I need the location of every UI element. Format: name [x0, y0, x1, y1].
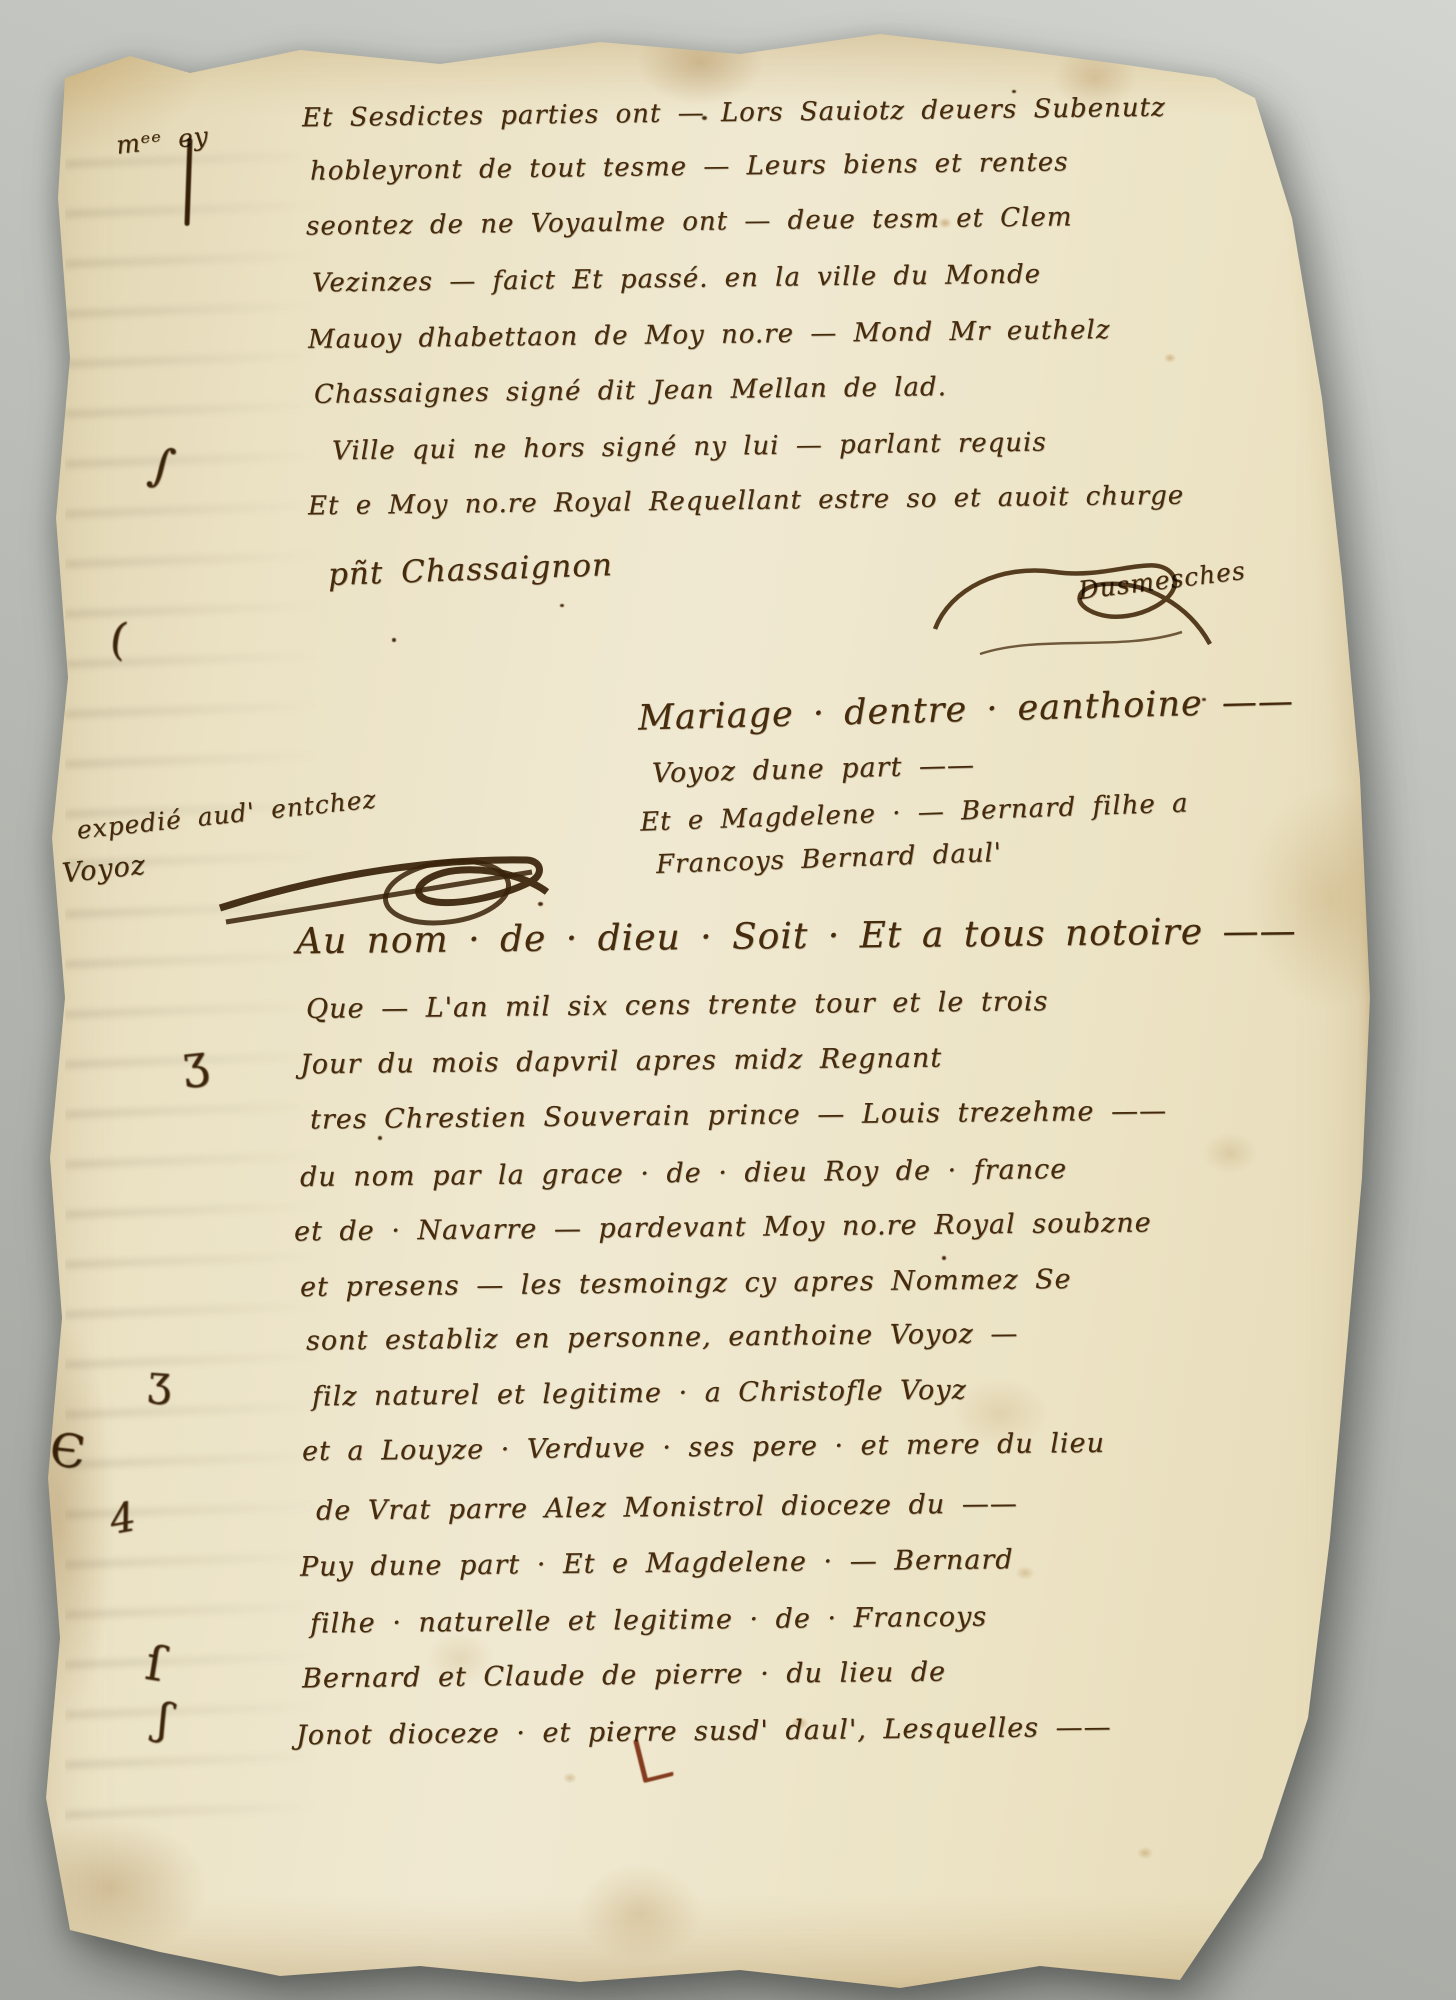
- manuscript-line: filhe · naturelle et legitime · de · Fra…: [310, 1601, 987, 1639]
- manuscript-line: Ville qui ne hors signé ny lui — parlant…: [332, 428, 1047, 467]
- ink-speck: [378, 1136, 382, 1140]
- manuscript-line: et de · Navarre — pardevant Moy no.re Ro…: [294, 1208, 1152, 1248]
- notary-signature-left: pñt Chassaignon: [327, 547, 613, 593]
- manuscript-line: Chassaignes signé dit Jean Mellan de lad…: [314, 372, 947, 410]
- ink-speck: [538, 902, 543, 906]
- manuscript-line: Et e Moy no.re Royal Requellant estre so…: [308, 481, 1185, 522]
- signature-flourish: [920, 534, 1220, 674]
- margin-ink-mark: ʒ: [179, 1033, 210, 1089]
- title-line: Francoys Bernard daul': [656, 838, 1003, 880]
- manuscript-line: Bernard et Claude de pierre · du lieu de: [302, 1657, 946, 1695]
- margin-ink-mark: ∫: [145, 436, 180, 494]
- ink-speck: [942, 1256, 946, 1260]
- manuscript-paper-wrapper: mᵉᵉ ey Et Sesdictes parties ont — Lors S…: [40, 18, 1370, 1993]
- manuscript-line: et presens — les tesmoingz cy apres Nomm…: [300, 1264, 1072, 1303]
- title-line: Voyoz dune part ——: [652, 750, 976, 789]
- margin-ink-mark: Є: [47, 1422, 88, 1479]
- ink-speck: [1202, 698, 1206, 701]
- margin-ink-mark: ʃ: [152, 1693, 176, 1745]
- manuscript-line: seontez de ne Voyaulme ont — deue tesm e…: [306, 202, 1073, 241]
- margin-ink-mark: 4: [106, 1494, 139, 1544]
- manuscript-line: Mauoy dhabettaon de Moy no.re — Mond Mr …: [308, 315, 1111, 355]
- margin-ink-mark: ʒ: [146, 1355, 173, 1406]
- manuscript-line: Et Sesdictes parties ont — Lors Sauiotz …: [302, 93, 1166, 134]
- margin-annotation: Voyoz: [61, 850, 148, 890]
- manuscript-line: sont establiz en personne, eanthoine Voy…: [306, 1318, 1019, 1356]
- manuscript-line: de Vrat parre Alez Monistrol dioceze du …: [316, 1488, 1018, 1526]
- manuscript-line: Que — L'an mil six cens trente tour et l…: [306, 986, 1049, 1025]
- manuscript-line: et a Louyze · Verduve · ses pere · et me…: [302, 1428, 1105, 1467]
- manuscript-line: Puy dune part · Et e Magdelene · — Berna…: [300, 1544, 1014, 1582]
- manuscript-line: Vezinzes — faict Et passé. en la ville d…: [312, 260, 1041, 299]
- ink-speck: [1012, 90, 1016, 93]
- margin-ink-mark: ſ: [142, 1635, 168, 1693]
- title-line: Et e Magdelene · — Bernard filhe a: [640, 788, 1189, 837]
- margin-ink-mark: (: [107, 613, 131, 666]
- folio-margin-note: mᵉᵉ ey: [115, 121, 210, 160]
- manuscript-line: du nom par la grace · de · dieu Roy de ·…: [300, 1154, 1067, 1193]
- manuscript-line: hobleyront de tout tesme — Leurs biens e…: [310, 147, 1069, 186]
- ink-speck: [560, 604, 564, 607]
- ink-speck: [702, 116, 707, 120]
- manuscript-line: Jonot dioceze · et pierre susd' daul', L…: [296, 1712, 1112, 1752]
- ink-speck: [392, 638, 396, 642]
- manuscript-line: filz naturel et legitime · a Christofle …: [312, 1375, 967, 1413]
- title-line: Mariage · dentre · eanthoine ——: [638, 681, 1295, 738]
- photo-backdrop: { "photo": { "background_color": "#b4b6b…: [0, 0, 1456, 2000]
- manuscript-line: Jour du mois dapvril apres midz Regnant: [300, 1043, 942, 1081]
- manuscript-line: tres Chrestien Souverain prince — Louis …: [310, 1096, 1167, 1136]
- manuscript-paper: mᵉᵉ ey Et Sesdictes parties ont — Lors S…: [40, 18, 1370, 1993]
